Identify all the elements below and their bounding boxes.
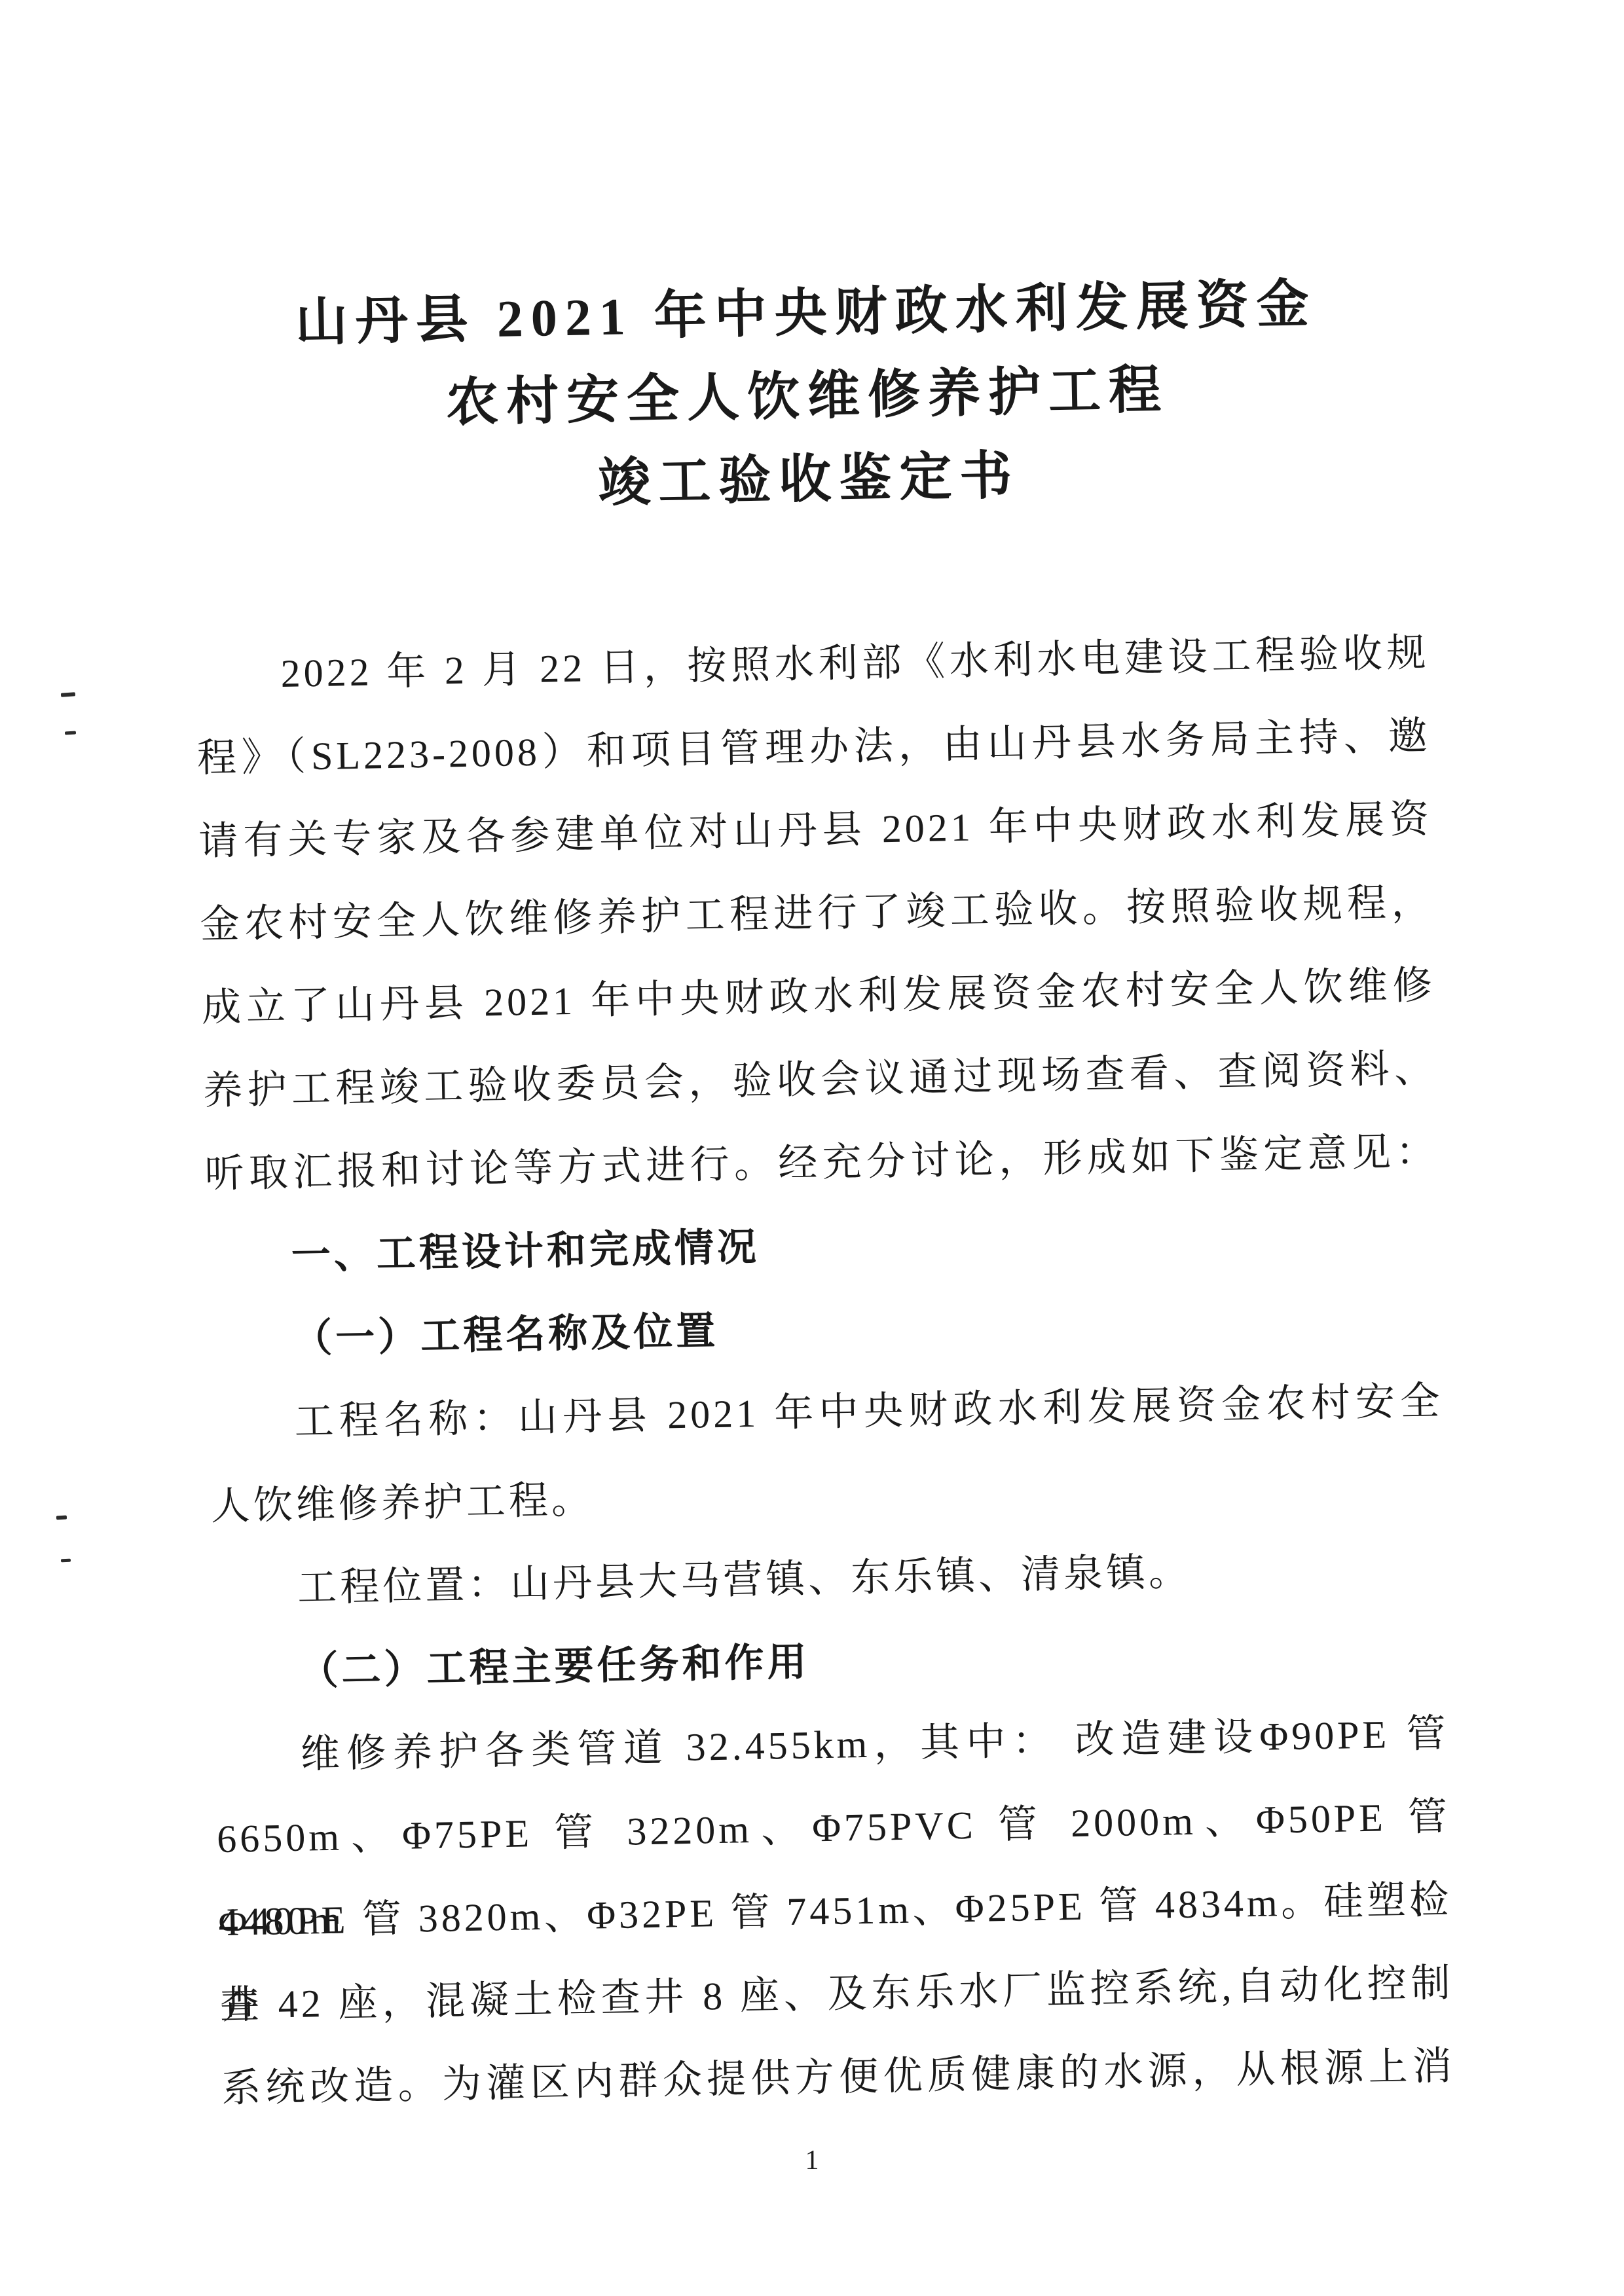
scan-artifact-dash	[65, 731, 76, 735]
page-number: 1	[0, 2145, 1624, 2176]
scan-artifact-dash	[56, 1515, 67, 1520]
scan-artifact-dash	[61, 1559, 71, 1563]
document-title: 山丹县 2021 年中央财政水利发展资金 农村安全人饮维修养护工程 竣工验收鉴定…	[189, 261, 1427, 533]
document-page: 山丹县 2021 年中央财政水利发展资金 农村安全人饮维修养护工程 竣工验收鉴定…	[0, 0, 1624, 2296]
scan-artifact-dash	[61, 692, 75, 697]
page-content: 山丹县 2021 年中央财政水利发展资金 农村安全人饮维修养护工程 竣工验收鉴定…	[183, 0, 1456, 2130]
document-body: 2022 年 2 月 22 日，按照水利部《水利水电建设工程验收规 程》（SL2…	[195, 611, 1456, 2130]
